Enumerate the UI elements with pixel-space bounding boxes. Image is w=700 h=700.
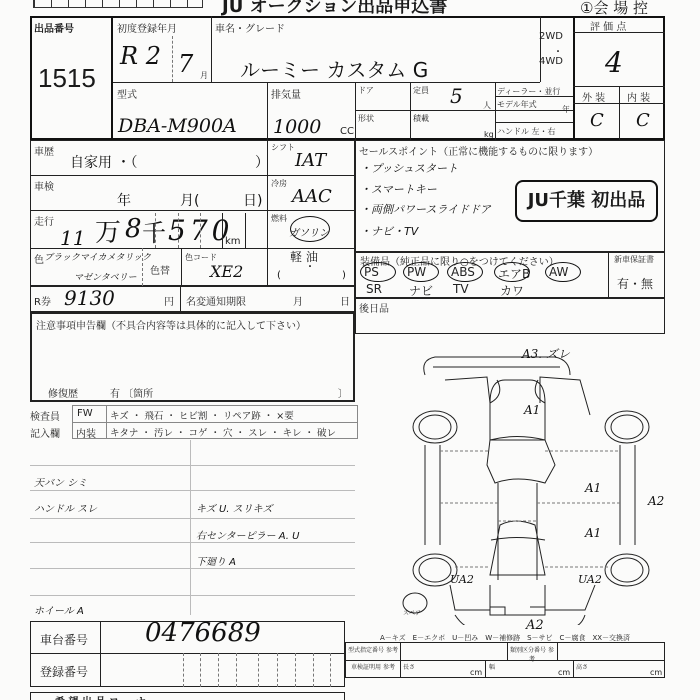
car-damage-diagram [395, 345, 675, 625]
equipment-circle-2 [447, 262, 483, 282]
registration-digit-divider [277, 653, 278, 687]
model-code-label: 型式 [117, 86, 137, 101]
sales-point-2: ・スマートキー [360, 181, 437, 197]
registration-label: 登録番号 [40, 663, 88, 680]
fuel-paren-close: ) [342, 270, 346, 281]
chassis-label: 車台番号 [40, 631, 88, 648]
registration-digit-divider [330, 653, 331, 687]
mark-rear-bumper: A2 [526, 618, 544, 633]
sales-point-1: ・プッシュスタート [360, 160, 458, 176]
registration-digit-divider [295, 653, 296, 687]
equipment-row2-3[interactable]: カワ [500, 282, 524, 299]
shift-value: IAT [295, 150, 326, 171]
sales-point-3: ・両側パワースライドドア [360, 201, 491, 217]
mileage-man: 11 [60, 226, 85, 250]
handle-label: ハンドル 左・右 [497, 126, 556, 137]
capacity-unit: 人 [483, 100, 491, 111]
history-label: 車歴 [34, 143, 54, 158]
inspection-year: 年 [117, 190, 131, 210]
cert-length-unit: cm [470, 668, 482, 677]
recycle-value: 9130 [64, 286, 115, 310]
repair-value[interactable]: 有 〔箇所 [110, 385, 153, 400]
fuel-paren-open: ( [277, 270, 281, 281]
equipment-circle-0 [360, 262, 396, 282]
bottom-strip-label: 希 望 出 品 ロ ー ナ [55, 693, 146, 700]
grade-interior-value: C [636, 110, 650, 131]
inspector-note-left-4: ホイール A [34, 602, 84, 617]
warranty-value[interactable]: 有・無 [617, 275, 653, 292]
recycle-label: R券 [34, 293, 51, 308]
equipment-circle-4 [545, 262, 581, 282]
aircon-label: 冷房 [271, 178, 287, 189]
chassis-value: 0476689 [145, 618, 261, 648]
car-name-label: 車名・グレード [215, 20, 285, 35]
inspector-note-left-0: 天バン シミ [34, 474, 87, 489]
model-code-value: DBA-M900A [118, 115, 237, 137]
inspector-note-left-1: ハンドル スレ [34, 500, 97, 515]
car-name-value: ルーミー カスタム G [240, 54, 428, 83]
first-reg-year: R 2 [120, 42, 161, 70]
stamp-first-listing: JU千葉 初出品 [515, 180, 658, 222]
shape-label: 形状 [358, 113, 374, 124]
shift-label: シフト [271, 142, 295, 153]
grade-exterior-label: 外 装 [582, 89, 605, 104]
cert-width-label: 幅 [489, 662, 495, 671]
first-reg-label: 初度登録年月 [117, 20, 177, 35]
equipment-row2-1[interactable]: ナビ [409, 282, 433, 299]
note-rule [30, 490, 355, 491]
note-rule [30, 465, 355, 466]
color-value: ブラックマイカメタリック [44, 250, 151, 263]
fuel-dot: ・ [305, 258, 315, 273]
first-reg-month: 7 [178, 50, 193, 78]
equipment-circle-1 [403, 262, 439, 282]
mark-right-rear: UA2 [578, 573, 602, 586]
note-rule [30, 568, 355, 569]
mileage-man-unit: 万 [95, 212, 121, 249]
mark-hood: A1 [524, 403, 540, 417]
mileage-label: 走行 [34, 213, 54, 228]
mark-right-front-door: A1 [585, 481, 601, 495]
inspection-day: 日) [243, 190, 262, 210]
later-items-label: 後日品 [359, 300, 389, 315]
model-year-label: モデル年式 [497, 99, 537, 110]
fuel-label: 燃料 [271, 213, 287, 224]
inspector-note-right-1: キズ U. スリキズ [196, 500, 272, 515]
name-change-month: 月 [293, 293, 303, 308]
displacement-unit: CC [340, 126, 354, 137]
cert-height-unit: cm [650, 668, 662, 677]
later-items-box [355, 298, 665, 334]
aircon-value: AAC [292, 186, 332, 207]
lot-number: 1515 [38, 63, 96, 94]
inspector-fw-items: キズ ・ 飛石 ・ ヒビ割 ・ リペア跡 ・ ×要 [110, 408, 294, 422]
color-change-label: 色替 [150, 262, 170, 277]
grade-value: 4 [605, 46, 623, 79]
grade-exterior-value: C [590, 110, 604, 131]
sales-point-4: ・ナビ・TV [360, 223, 418, 239]
registration-digit-divider [313, 653, 314, 687]
equipment-row2-0[interactable]: SR [366, 282, 382, 296]
capacity-value: 5 [450, 84, 463, 108]
notes-label: 注意事項申告欄（不具合内容等は具体的に記入して下さい） [36, 317, 306, 332]
header-checkbox-row [33, 0, 203, 8]
cert-width-unit: cm [558, 668, 570, 677]
cert-length-label: 長さ [403, 662, 415, 671]
repair-close: 〕 [338, 385, 348, 400]
mark-right-rear-door: A1 [585, 526, 601, 540]
mileage-sen-unit: 千 [142, 213, 166, 248]
inspector-fw-label: FW [77, 408, 93, 419]
doors-label: ドア [358, 85, 374, 96]
inspector-note-right-2: 右センターピラー A. U [196, 527, 299, 542]
note-rule [30, 595, 355, 596]
class-spec-label: 類別区分番号 参考 [508, 645, 556, 663]
mark-right-side: A2 [648, 494, 664, 508]
load-unit: kg [484, 130, 494, 139]
note-rule [30, 518, 355, 519]
cert-label: 車検証明用 参考 [348, 662, 398, 671]
registration-digit-divider [200, 653, 201, 687]
lot-label: 出品番号 [34, 20, 74, 35]
inspector-interior-items: キタナ ・ 汚レ ・ コゲ ・ 穴 ・ スレ ・ キレ ・ 破レ [110, 425, 336, 439]
inspector-note-right-3: 下廻り A [196, 553, 236, 568]
fuel-circle [290, 216, 330, 242]
color-sub: マゼンタベリー [74, 270, 137, 283]
cert-height-label: 高さ [576, 662, 588, 671]
drive-2wd[interactable]: 2WD [539, 31, 563, 42]
grade-label: 評 価 点 [590, 18, 626, 33]
name-change-label: 名変通知期限 [186, 293, 246, 308]
registration-digit-divider [183, 653, 184, 687]
registration-digit-divider [236, 653, 237, 687]
type-spec-label: 型式指定番号 参考 [348, 645, 398, 654]
mark-spare: スペア [403, 608, 421, 617]
displacement-label: 排気量 [271, 86, 301, 101]
drive-4wd[interactable]: 4WD [539, 56, 563, 67]
warranty-label: 新車保証書 [614, 254, 654, 265]
mileage-sen: 8 [125, 214, 142, 244]
equipment-row2-2[interactable]: TV [453, 282, 469, 296]
mileage-unit: km [225, 236, 241, 247]
inspector-label-2: 記入欄 [30, 425, 60, 440]
note-rule [30, 542, 355, 543]
capacity-label: 定員 [413, 85, 429, 96]
model-year-unit: 年 [562, 104, 570, 115]
recycle-unit: 円 [164, 293, 174, 308]
mark-front-bumper: A3. ズレ [522, 345, 570, 362]
registration-digit-divider [218, 653, 219, 687]
color-label: 色 [34, 251, 44, 266]
equipment-circle-3 [494, 262, 530, 282]
grade-interior-label: 内 装 [627, 89, 650, 104]
inspector-label-1: 検査員 [30, 408, 60, 423]
sales-points-label: セールスポイント（正常に機能するものに限ります） [359, 143, 598, 158]
name-change-day: 日 [340, 293, 350, 308]
first-reg-month-unit: 月 [200, 70, 208, 81]
inspector-interior-label: 内装 [76, 425, 96, 440]
mark-left-rear: UA2 [450, 573, 474, 586]
displacement-value: 1000 [273, 116, 321, 138]
inspection-label: 車検 [34, 178, 54, 193]
inspection-month: 月( [180, 190, 199, 210]
color-code-value: XE2 [210, 262, 243, 281]
load-label: 積載 [413, 113, 429, 124]
history-value[interactable]: 自家用 ・（ [70, 152, 137, 172]
registration-digit-divider [258, 653, 259, 687]
repair-label: 修復歴 [48, 385, 78, 400]
